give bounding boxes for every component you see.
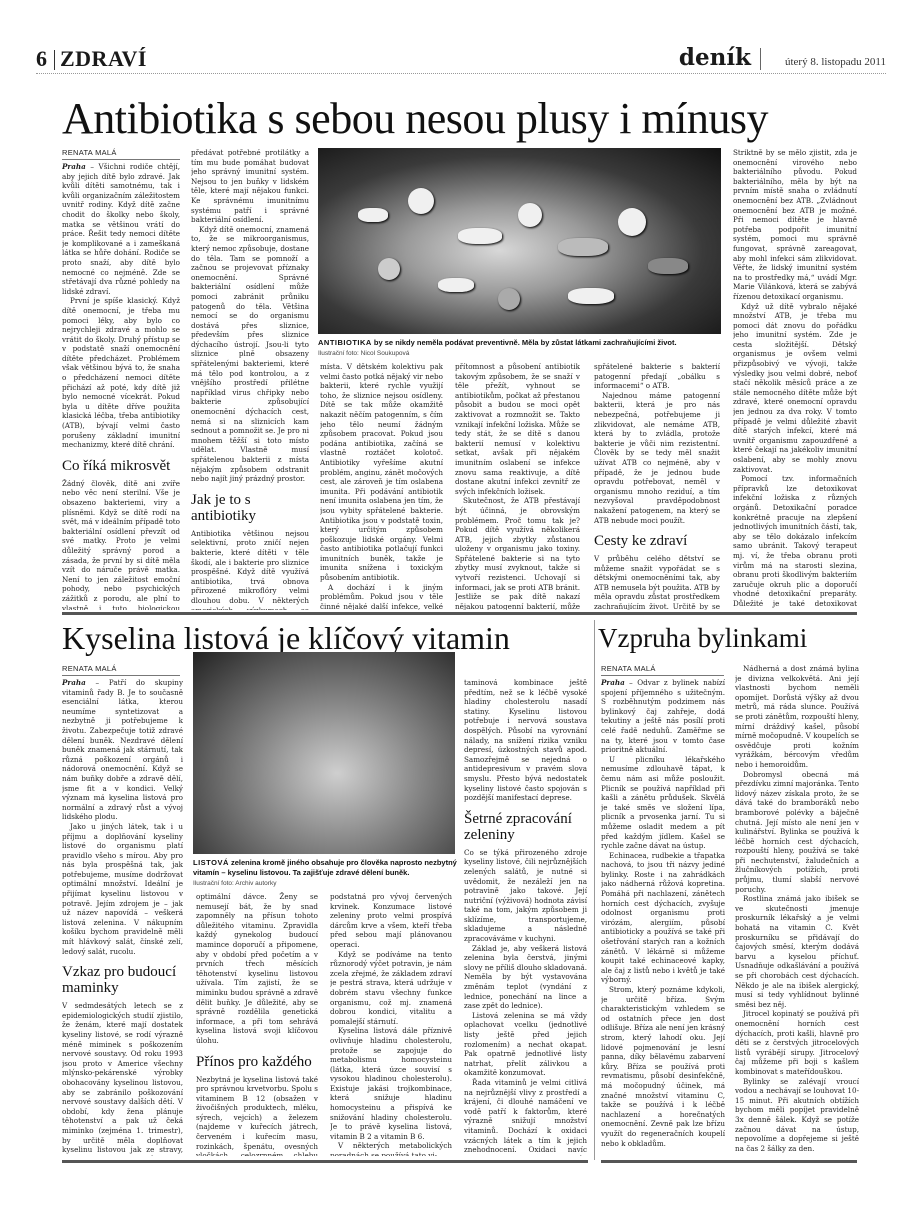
- paragraph: V průběhu celého dětství se můžeme snaži…: [594, 554, 720, 610]
- caption-lead: LISTOVÁ: [193, 858, 229, 867]
- paragraph: Skutečnost, že ATB přestávají být účinná…: [455, 496, 580, 610]
- article-column: Praha – Odvar z bylinek nabízí spojení p…: [601, 678, 725, 1156]
- paragraph: Striktně by se mělo zjistit, zda je onem…: [733, 148, 857, 302]
- caption-lead: ANTIBIOTIKA: [318, 338, 372, 347]
- paragraph: Rostlina známá jako ibišek se ve skutečn…: [735, 894, 859, 1009]
- paragraph: Jitrocel kopinatý se používá při onemocn…: [735, 1009, 859, 1076]
- section-rule: [62, 612, 857, 615]
- paragraph: Řada vitaminů je velmi citlivá na nejrůz…: [464, 1078, 587, 1156]
- paragraph: předávat potřebné protilátky a tím mu bu…: [191, 148, 309, 225]
- paragraph: Nezbytná je kyselina listová také pro sp…: [196, 1075, 318, 1157]
- paragraph: Pomocí tzv. informačních přípravků lze d…: [733, 474, 857, 610]
- article-headline-vzpruha: Vzpruha bylinkami: [598, 620, 807, 656]
- masthead: 6 ZDRAVÍ deník úterý 8. listopadu 2011: [36, 48, 886, 74]
- issue-date: úterý 8. listopadu 2011: [785, 56, 886, 68]
- paragraph: Žádný člověk, dítě ani zvíře nebo věc ne…: [62, 479, 180, 610]
- paragraph: Když se podíváme na tento různorodý výče…: [330, 950, 452, 1027]
- pills-photo: [318, 148, 721, 334]
- subheading: Cesty ke zdraví: [594, 533, 720, 549]
- paragraph: V některých metabolických poradnách se p…: [330, 1141, 452, 1156]
- paragraph: – Patří do skupiny vitaminů řady B. Je t…: [62, 678, 183, 821]
- article-column: přítomnost a působení antibiotik takovým…: [455, 362, 580, 610]
- dateline: Praha: [601, 678, 625, 687]
- article-column: Nádherná a dost známá bylina je divizna …: [735, 664, 859, 1156]
- subheading: Vzkaz pro budoucí maminky: [62, 964, 183, 996]
- author-byline: RENATA MALÁ: [62, 664, 180, 676]
- paragraph: Najednou máme patogenní bakterii, která …: [594, 391, 720, 525]
- paragraph: Jako u jiných látek, tak i u příjmu a do…: [62, 822, 183, 956]
- paragraph: Základ je, aby veškerá listová zelenina …: [464, 944, 587, 1011]
- paragraph: přítomnost a působení antibiotik takovým…: [455, 362, 580, 496]
- section-rule: [601, 1160, 857, 1163]
- section-rule: [62, 1160, 588, 1163]
- dateline: Praha: [62, 162, 86, 171]
- column-divider: [594, 620, 595, 1160]
- subheading: Jak je to s antibiotiky: [191, 492, 309, 524]
- newspaper-logo: deník: [679, 46, 751, 70]
- article-column: Striktně by se mělo zjistit, zda je onem…: [733, 148, 857, 610]
- section-title: ZDRAVÍ: [60, 48, 147, 70]
- paragraph: podstatná pro vývoj červených krvinek. K…: [330, 892, 452, 950]
- photo-caption: LISTOVÁ zelenina kromě jiného obsahuje p…: [193, 858, 458, 877]
- paragraph: Co se týká přirozeného zdroje kyseliny l…: [464, 848, 587, 944]
- paragraph: Antibiotika většinou nejsou selektivní, …: [191, 529, 309, 610]
- dateline: Praha: [62, 678, 86, 687]
- paragraph: taminová kombinace ještě předtím, než se…: [464, 678, 587, 803]
- article-column: optimální dávce. Ženy se nemusejí bát, ž…: [196, 892, 318, 1156]
- paragraph: – Odvar z bylinek nabízí spojení příjemn…: [601, 678, 725, 754]
- paragraph: Kyselina listová dále příznivě ovlivňuje…: [330, 1026, 452, 1141]
- divider: [54, 50, 55, 70]
- article-column: podstatná pro vývoj červených krvinek. K…: [330, 892, 452, 1156]
- photo-credit: Ilustrační foto: Nicol Soukupová: [318, 350, 409, 357]
- article-column: Praha – Všichni rodiče chtějí, aby jejic…: [62, 162, 180, 610]
- salad-photo: [193, 652, 455, 854]
- author-byline: RENATA MALÁ: [601, 664, 724, 676]
- paragraph: Když už dítě vybralo nějaké množství ATB…: [733, 302, 857, 475]
- author-byline: RENATA MALÁ: [62, 148, 180, 160]
- paragraph: Strom, který poznáme kdykoli, je určitě …: [601, 985, 725, 1148]
- subheading: Šetrné zpracování zeleniny: [464, 811, 587, 843]
- paragraph: Nádherná a dost známá bylina je divizna …: [735, 664, 859, 770]
- article-headline-antibiotika: Antibiotika s sebou nesou plusy i mínusy: [62, 94, 768, 144]
- paragraph: Listová zelenina se má vždy oplachovat v…: [464, 1011, 587, 1078]
- subheading: Co říká mikrosvět: [62, 458, 180, 474]
- paragraph: První je spíše klasický. Když dítě onemo…: [62, 296, 180, 450]
- paragraph: místa. V dětském kolektivu pak velmi čas…: [320, 362, 443, 583]
- paragraph: spřátelené bakterie s bakterií patogenní…: [594, 362, 720, 391]
- page-number: 6: [36, 48, 47, 70]
- divider: [760, 48, 761, 70]
- article-column: taminová kombinace ještě předtím, než se…: [464, 678, 587, 1156]
- article-headline-kyselina: Kyselina listová je klíčový vitamin: [62, 620, 510, 656]
- article-column: předávat potřebné protilátky a tím mu bu…: [191, 148, 309, 610]
- paragraph: Když dítě onemocní, znamená to, že se mi…: [191, 225, 309, 484]
- photo-credit: Ilustrační foto: Archiv autorky: [193, 880, 276, 887]
- paragraph: V sedmdesátých letech se z epidemiologic…: [62, 1001, 183, 1156]
- paragraph: A dochází i k jiným problémům. Pokud jso…: [320, 583, 443, 610]
- paragraph: – Všichni rodiče chtějí, aby jejich dítě…: [62, 162, 180, 296]
- caption-text: by se nikdy neměla podávat preventivně. …: [372, 338, 677, 347]
- photo-caption: ANTIBIOTIKA by se nikdy neměla podávat p…: [318, 338, 728, 348]
- paragraph: Bylinky se zalévají vroucí vodou a nechá…: [735, 1077, 859, 1154]
- paragraph: optimální dávce. Ženy se nemusejí bát, ž…: [196, 892, 318, 1046]
- subheading: Přínos pro každého: [196, 1054, 318, 1070]
- paragraph: U plicníku lékařského nemusíme zdlouhavě…: [601, 755, 725, 851]
- paragraph: Echinacea, rudbekie a třapatka nachová, …: [601, 851, 725, 985]
- article-column: Praha – Patří do skupiny vitaminů řady B…: [62, 678, 183, 1156]
- article-column: místa. V dětském kolektivu pak velmi čas…: [320, 362, 443, 610]
- caption-text: zelenina kromě jiného obsahuje pro člově…: [193, 858, 457, 877]
- paragraph: Dobromysl obecná má přezdívku zimní majo…: [735, 770, 859, 895]
- article-column: spřátelené bakterie s bakterií patogenní…: [594, 362, 720, 610]
